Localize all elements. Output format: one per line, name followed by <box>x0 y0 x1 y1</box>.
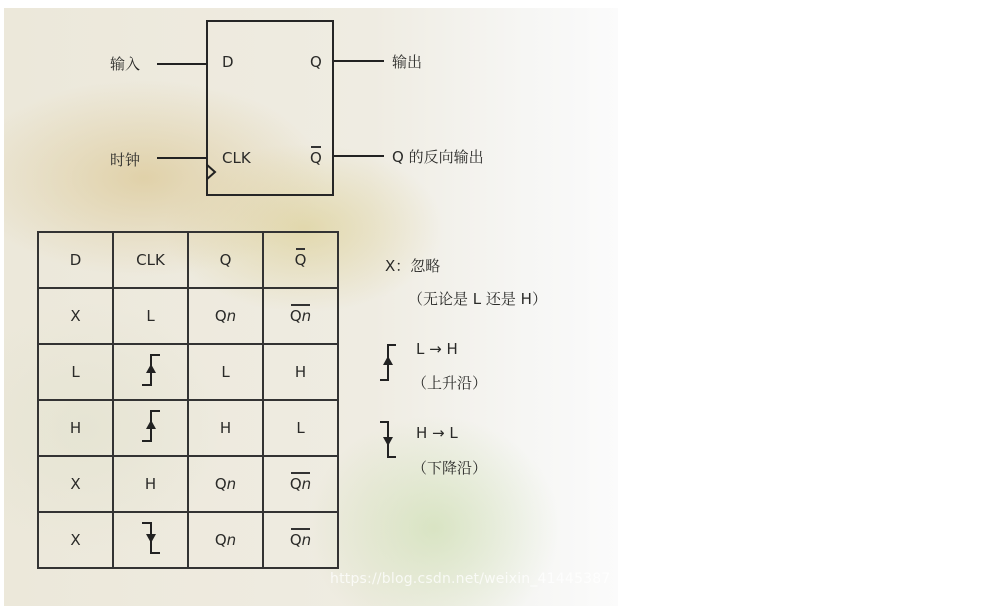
legend-x-desc: （无论是 L 还是 H） <box>408 288 547 309</box>
header-q: Q <box>188 232 263 288</box>
cell-qbar: Qn <box>263 288 338 344</box>
table-row: X Qn Qn <box>38 512 338 568</box>
header-clk-text: CLK <box>136 251 165 269</box>
legend-x-title: X：忽略 <box>385 255 440 276</box>
header-d: D <box>38 232 113 288</box>
cell-qbar: Qn <box>263 456 338 512</box>
pin-d-label: D <box>222 53 234 71</box>
cell-q-text: Qn <box>215 307 236 325</box>
header-d-text: D <box>70 251 82 269</box>
cell-q: L <box>188 344 263 400</box>
clock-label: 时钟 <box>110 149 140 170</box>
header-clk: CLK <box>113 232 188 288</box>
cell-clk <box>113 400 188 456</box>
cell-qbar-text: Qn <box>290 531 311 549</box>
cell-q-text: Qn <box>215 531 236 549</box>
header-qbar-text: Q <box>295 251 307 269</box>
clock-wire <box>157 157 207 159</box>
cell-d: X <box>38 512 113 568</box>
rising-edge-icon <box>140 353 162 387</box>
cell-q-text: Qn <box>215 475 236 493</box>
pin-q-label: Q <box>310 53 322 71</box>
cell-q: H <box>188 400 263 456</box>
table-row: X L Qn Qn <box>38 288 338 344</box>
inverted-output-wire <box>334 155 384 157</box>
cell-qbar: Qn <box>263 512 338 568</box>
cell-d: L <box>38 344 113 400</box>
cell-qbar: H <box>263 344 338 400</box>
legend-rising-desc: （上升沿） <box>412 372 487 393</box>
cell-q: Qn <box>188 288 263 344</box>
clock-triangle-icon <box>206 163 218 183</box>
rising-edge-icon <box>378 342 402 382</box>
cell-d: X <box>38 456 113 512</box>
input-wire <box>157 63 207 65</box>
cell-qbar-text: Qn <box>290 475 311 493</box>
table-row: H H L <box>38 400 338 456</box>
cell-q: Qn <box>188 512 263 568</box>
header-q-text: Q <box>220 251 232 269</box>
cell-clk <box>113 344 188 400</box>
cell-clk: L <box>113 288 188 344</box>
header-qbar: Q <box>263 232 338 288</box>
watermark-url: https://blog.csdn.net/weixin_41445387 <box>330 571 610 587</box>
flipflop-box: D Q CLK Q <box>206 20 334 196</box>
pin-qbar-label: Q <box>310 149 322 167</box>
truth-table: D CLK Q Q X L Qn Qn L L H H H L X <box>37 231 339 569</box>
falling-edge-icon <box>140 521 162 555</box>
cell-d: X <box>38 288 113 344</box>
cell-clk <box>113 512 188 568</box>
table-header-row: D CLK Q Q <box>38 232 338 288</box>
cell-clk: H <box>113 456 188 512</box>
input-label: 输入 <box>110 53 140 74</box>
output-wire <box>334 60 384 62</box>
pin-clk-label: CLK <box>222 149 251 167</box>
falling-edge-icon <box>378 420 402 460</box>
table-row: L L H <box>38 344 338 400</box>
cell-qbar-text: Qn <box>290 307 311 325</box>
legend-rising-title: L → H <box>416 340 458 358</box>
legend-falling-title: H → L <box>416 424 458 442</box>
output-label: 输出 <box>392 51 422 72</box>
cell-d: H <box>38 400 113 456</box>
table-row: X H Qn Qn <box>38 456 338 512</box>
cell-qbar: L <box>263 400 338 456</box>
inverted-output-label: Q 的反向输出 <box>392 146 484 167</box>
legend-falling-desc: （下降沿） <box>412 457 487 478</box>
rising-edge-icon <box>140 409 162 443</box>
cell-q: Qn <box>188 456 263 512</box>
